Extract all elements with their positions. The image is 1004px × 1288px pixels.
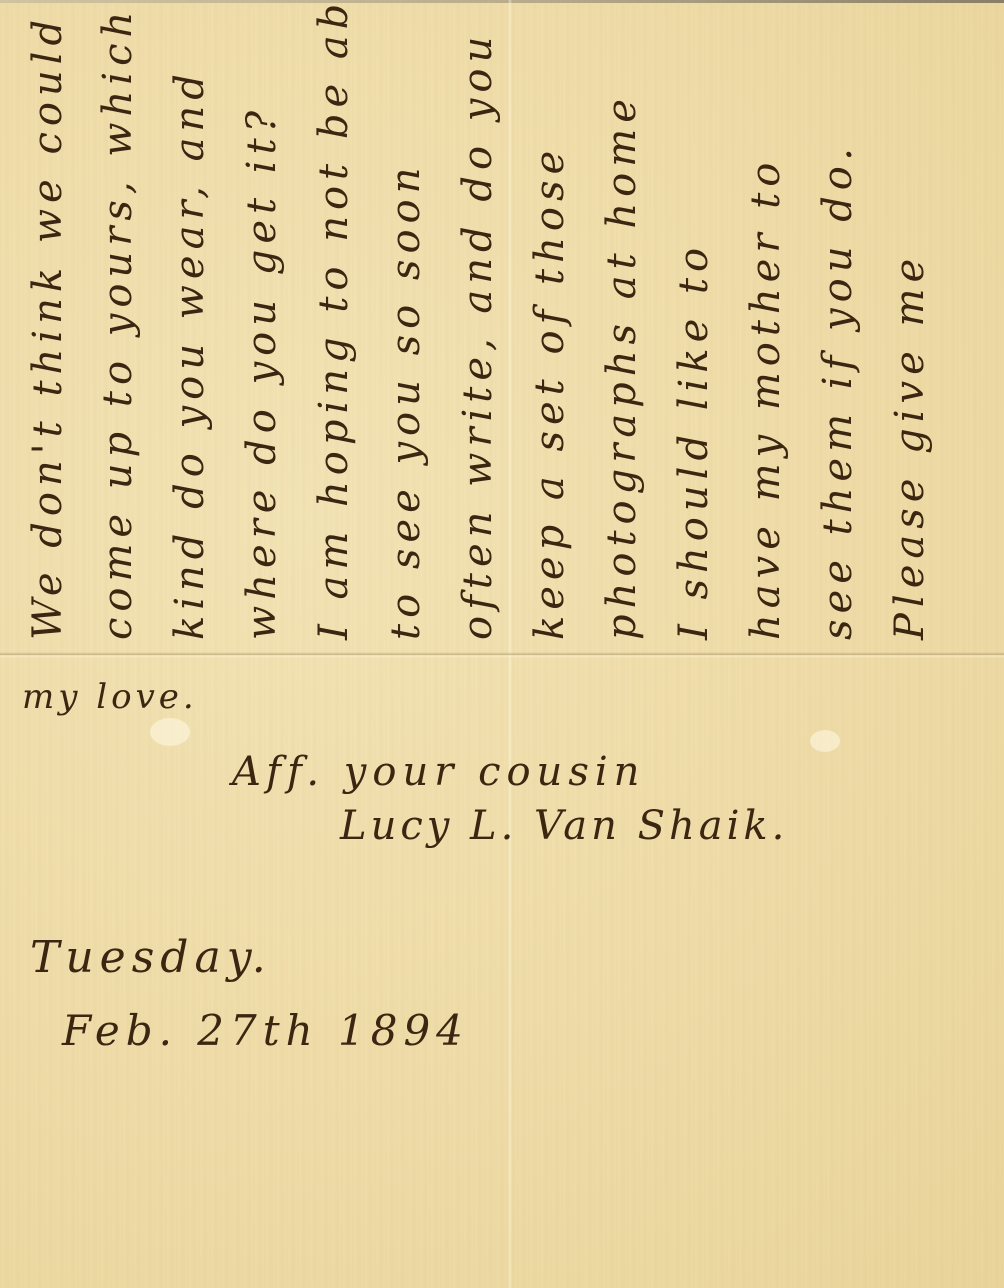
paper-blemish (810, 730, 840, 752)
letter-page: We don't think we could come up to yours… (0, 0, 1004, 1288)
body-line: I should like to (674, 242, 714, 640)
dateline-date: Feb. 27th 1894 (62, 1010, 469, 1052)
body-line: I am hoping to not be able (314, 0, 354, 640)
body-continuation: my love. (22, 680, 198, 714)
rotated-body-text: We don't think we could come up to yours… (20, 40, 970, 640)
body-line: see them if you do. (818, 142, 858, 640)
dateline-day: Tuesday. (30, 936, 272, 980)
body-line: where do you get it? (242, 105, 282, 640)
closing-salutation: Aff. your cousin (232, 752, 645, 792)
signature: Lucy L. Van Shaik. (340, 806, 788, 846)
horizontal-fold-line (0, 652, 1004, 658)
body-line: Please give me (890, 253, 930, 640)
body-line: to see you so soon (386, 162, 426, 640)
body-line: We don't think we could (28, 14, 68, 640)
body-line: photographs at home (602, 93, 642, 640)
paper-top-edge (0, 0, 1004, 3)
body-line: keep a set of those (530, 145, 570, 640)
body-line: kind do you wear, and (170, 68, 210, 640)
body-line: have my mother to (746, 157, 786, 640)
paper-blemish (150, 718, 190, 746)
body-line: often write, and do you (458, 31, 498, 640)
body-line: come up to yours, which (98, 6, 138, 640)
